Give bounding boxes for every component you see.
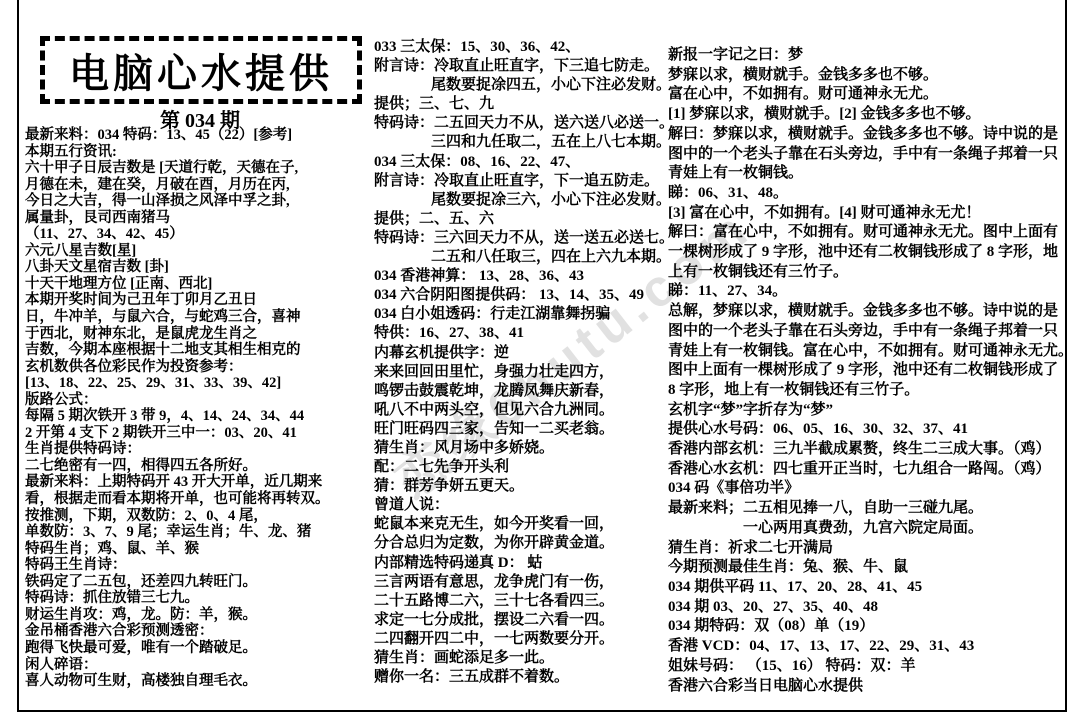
text-line: 内幕玄机提供字：逆 xyxy=(374,344,680,363)
text-line: 8 字形，地上有一枚铜钱还有三竹子。 xyxy=(668,381,1072,401)
right-column: 新报一字记之曰：梦梦寐以求，横财就手。金钱多多也不够。富在心中，不如拥有。财可通… xyxy=(668,46,1072,696)
text-line: 于西北，财神东北，是鼠虎龙生肖之 xyxy=(25,326,377,343)
text-line: 版路公式： xyxy=(25,392,377,409)
text-line: 尾数要捉凃三六，小心下注必发财。 xyxy=(374,191,680,210)
text-line: 猜：群芳争妍五更天。 xyxy=(374,477,680,496)
text-line: 034 期特码：双（08）单（19） xyxy=(668,617,1072,637)
text-line: 今期预测最佳生肖：兔、猴、牛、鼠 xyxy=(668,558,1072,578)
text-line: 旺门旺码四三家，告知一二买老翁。 xyxy=(374,420,680,439)
text-line: 尾数要捉凃四五，小心下注必发财。 xyxy=(374,76,680,95)
text-line: 猜生肖：画蛇添足多一此。 xyxy=(374,649,680,668)
text-line: 三四和九任取二，五在上八七本期。 xyxy=(374,133,680,152)
text-line: 香港 VCD：04、17、13、17、22、29、31、43 xyxy=(668,637,1072,657)
text-line: 铁码定了二五包，还差四九转旺门。 xyxy=(25,574,377,591)
text-line: 总解，梦寐以求，横财就手。金钱多多也不够。诗中说的是 xyxy=(668,302,1072,322)
text-line: 梦寐以求，横财就手。金钱多多也不够。 xyxy=(668,66,1072,86)
text-line: 最新来料；二五相见捧一八，自助一三碰九尾。 xyxy=(668,499,1072,519)
text-line: 分合总归为定数，为你开辟黄金道。 xyxy=(374,534,680,553)
text-line: 玄机数供各位彩民作为投资参考： xyxy=(25,359,377,376)
text-line: 内部精选特码递真 D： 蛄 xyxy=(374,554,680,573)
middle-column: 033 三太保：15、30、36、42、附言诗：冷取直止旺直字，下三追七防走。尾… xyxy=(374,38,680,687)
text-line: 解曰：梦寐以求，横财就手。金钱多多也不够。诗中说的是 xyxy=(668,125,1072,145)
text-line: 睇：06、31、48。 xyxy=(668,184,1072,204)
text-line: 青娃上有一枚铜钱。富在心中，不如拥有。财可通神永无尤。 xyxy=(668,342,1072,362)
text-line: 今日之大吉，得一山泽损之风泽中孚之卦, xyxy=(25,193,377,210)
text-line: 赠你一名：三五成群不着数。 xyxy=(374,668,680,687)
text-line: 本期五行资讯: xyxy=(25,144,377,161)
text-line: 六十甲子日辰吉数是 [天道行乾，天德在子, xyxy=(25,160,377,177)
text-line: 图中的一个老头子靠在石头旁边，手中有一条绳子邦着一只 xyxy=(668,322,1072,342)
text-line: 香港心水玄机：四七重开正当时，七九组合一路闯。（鸡） xyxy=(668,460,1072,480)
text-line: 属量卦，艮司西南猪马 xyxy=(25,210,377,227)
text-line: 富在心中，不如拥有。财可通神永无尤。 xyxy=(668,85,1072,105)
text-line: 034 码《事倍功半》 xyxy=(668,479,1072,499)
text-line: 034 期 03、20、27、35、40、48 xyxy=(668,598,1072,618)
text-line: 每隔 5 期次铁开 3 带 9，4、14、24、34、44 xyxy=(25,408,377,425)
text-line: 034 三太保：08、16、22、47、 xyxy=(374,153,680,172)
text-line: 三言两语有意思，龙争虎门有一伤， xyxy=(374,573,680,592)
text-line: 玄机字“梦”字折存为“梦” xyxy=(668,401,1072,421)
text-line: 跑得飞快最可爱，唯有一个踏破足。 xyxy=(25,640,377,657)
text-line: 提供心水号码：06、05、16、30、32、37、41 xyxy=(668,420,1072,440)
text-line: 特供：16、27、38、41 xyxy=(374,324,680,343)
left-column: 最新来料：034 特码：13、45（22）[参考]本期五行资讯:六十甲子日辰吉数… xyxy=(25,127,377,690)
text-line: 六元八星吉数[星] xyxy=(25,243,377,260)
text-line: 2 开第 4 支下 2 期铁开三中一：03、20、41 xyxy=(25,425,377,442)
text-line: 曾道人说： xyxy=(374,496,680,515)
text-line: 033 三太保：15、30、36、42、 xyxy=(374,38,680,57)
text-line: 一棵树形成了 9 字形，池中还有二枚铜钱形成了 8 字形，地 xyxy=(668,243,1072,263)
text-line: [3] 富在心中，不如拥有。[4] 财可通神永无尤！ xyxy=(668,204,1072,224)
text-line: 提供；三、七、九 xyxy=(374,95,680,114)
text-line: 求定一七分成批，摆设二六看一四。 xyxy=(374,611,680,630)
text-line: 单数防：3、7、9 尾；幸运生肖；牛、龙、猪 xyxy=(25,524,377,541)
text-line: 034 白小姐透码：行走江湖靠舞拐骗 xyxy=(374,305,680,324)
text-line: 猜生肖：风月场中多娇娆。 xyxy=(374,439,680,458)
text-line: 吼八不中两头空，但见六合九洲同。 xyxy=(374,401,680,420)
text-line: 最新来料：034 特码：13、45（22）[参考] xyxy=(25,127,377,144)
text-line: 提供；二、五、六 xyxy=(374,210,680,229)
text-line: 特码诗：抓住放错三七九。 xyxy=(25,590,377,607)
text-line: 上有一枚铜钱还有三竹子。 xyxy=(668,263,1072,283)
text-line: 附言诗：冷取直止旺直字，下一追五防走。 xyxy=(374,172,680,191)
text-line: 特码诗：三六回天力不从，送一送五必送七。 xyxy=(374,229,680,248)
text-line: 特码诗：二五回天力不从，送六送八必送一。 xyxy=(374,114,680,133)
text-line: 金吊桶香港六合彩预测透密： xyxy=(25,623,377,640)
text-line: 解曰：富在心中，不如拥有。财可通神永无尤。图中上面有 xyxy=(668,223,1072,243)
text-line: 二七绝密有一四，相得四五各所好。 xyxy=(25,458,377,475)
text-line: 二五和八任取三，四在上六九本期。 xyxy=(374,248,680,267)
text-line: 最新来料：上期特码开 43 开大开单，近几期来 xyxy=(25,474,377,491)
text-line: 日，牛冲羊，与鼠六合，与蛇鸡三合，喜神 xyxy=(25,309,377,326)
text-line: 十天干地理方位 [正南、西北] xyxy=(25,276,377,293)
text-line: 青娃上有一枚铜钱。 xyxy=(668,164,1072,184)
text-line: 034 六合阴阳图提供码： 13、14、35、49 xyxy=(374,286,680,305)
text-line: 八卦天文星宿吉数 [卦] xyxy=(25,259,377,276)
text-line: 本期开奖时间为己丑年丁卯月乙丑日 xyxy=(25,292,377,309)
text-line: 二四翻开四二中，一七两数要分开。 xyxy=(374,630,680,649)
text-line: [1] 梦寐以求，横财就手。[2] 金钱多多也不够。 xyxy=(668,105,1072,125)
text-line: 吉数，今期本座根据十二地支其相生相克的 xyxy=(25,342,377,359)
text-line: 来来回回田里忙，身强力壮走四方， xyxy=(374,363,680,382)
text-line: 蛇鼠本来克无生，如今开奖看一回， xyxy=(374,515,680,534)
text-line: 闲人碎语： xyxy=(25,657,377,674)
text-line: 香港内部玄机：三九半截成累赘，终生二三成大事。（鸡） xyxy=(668,440,1072,460)
text-line: 配：二七先争开头利 xyxy=(374,458,680,477)
text-line: 睇：11、27、34。 xyxy=(668,282,1072,302)
text-line: 新报一字记之曰：梦 xyxy=(668,46,1072,66)
text-line: 一心两用真费劲，九宫六院定局面。 xyxy=(668,519,1072,539)
text-line: （11、27、34、42、45） xyxy=(25,226,377,243)
text-line: 猜生肖：祈求二七开满局 xyxy=(668,539,1072,559)
text-line: 喜人动物可生财，高楼独自理毛衣。 xyxy=(25,673,377,690)
text-line: 按推测，下期，双数防：2、0、4 尾， xyxy=(25,508,377,525)
text-line: 姐妹号码： （15、16） 特码：双：羊 xyxy=(668,657,1072,677)
text-line: 特码王生肖诗： xyxy=(25,557,377,574)
text-line: 鸣锣击鼓震乾坤，龙腾凤舞庆新春， xyxy=(374,382,680,401)
text-line: 生肖提供特码诗： xyxy=(25,441,377,458)
text-line: 图中上面有一棵树形成了 9 字形，池中还有二枚铜钱形成了 xyxy=(668,361,1072,381)
text-line: 034 香港神算： 13、28、36、43 xyxy=(374,267,680,286)
text-line: 看，根据走而看本期将开单，也可能将再转双。 xyxy=(25,491,377,508)
text-line: 图中的一个老头子靠在石头旁边，手中有一条绳子邦着一只 xyxy=(668,145,1072,165)
masthead: 电脑心水提供 xyxy=(40,36,362,104)
text-line: 二十五路博二六，三十七各看四三。 xyxy=(374,592,680,611)
text-line: 034 期供平码 11、17、20、28、41、45 xyxy=(668,578,1072,598)
text-line: [13、18、22、25、29、31、33、39、42] xyxy=(25,375,377,392)
text-line: 附言诗：冷取直止旺直字，下三追七防走。 xyxy=(374,57,680,76)
text-line: 财运生肖攻：鸡，龙。防：羊，猴。 xyxy=(25,607,377,624)
text-line: 香港六合彩当日电脑心水提供 xyxy=(668,677,1072,697)
text-line: 特码生肖；鸡、鼠、羊、猴 xyxy=(25,541,377,558)
text-line: 月德在未，建在癸，月破在酉，月历在丙, xyxy=(25,177,377,194)
page-title: 电脑心水提供 xyxy=(69,42,333,99)
